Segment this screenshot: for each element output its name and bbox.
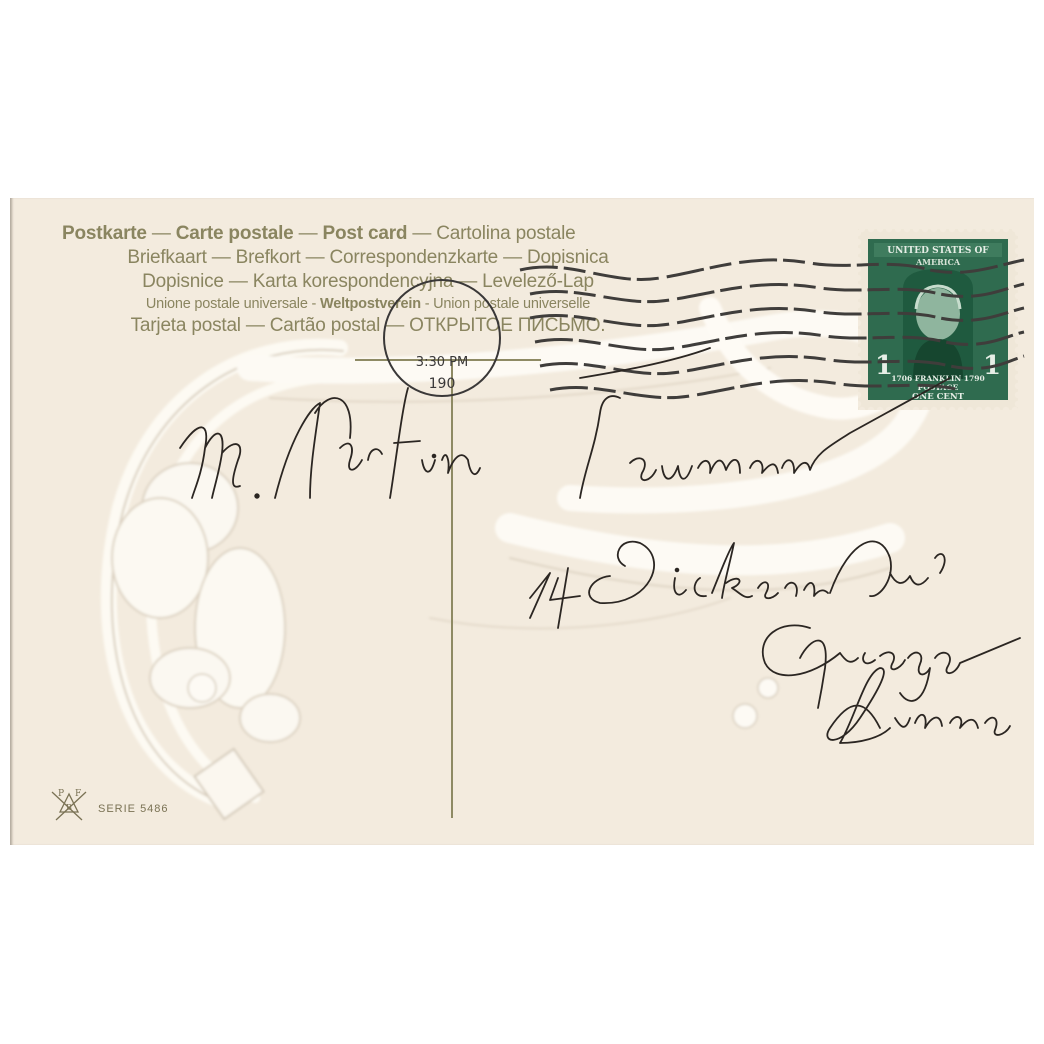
logo-letter-f: F [75,789,81,799]
logo-letter-p: P [58,789,64,799]
publisher-logo-icon: P F B [48,786,90,822]
serie-number: SERIE 5486 [98,803,169,815]
recipient-address: Mr. Martin Neumann 74 Dickens Ave, Chica… [10,198,1034,845]
postcard: Postkarte — Carte postale — Post card — … [10,198,1034,845]
publisher-mark: P F B SERIE 5486 [48,786,169,822]
logo-letter-b: B [66,803,72,812]
